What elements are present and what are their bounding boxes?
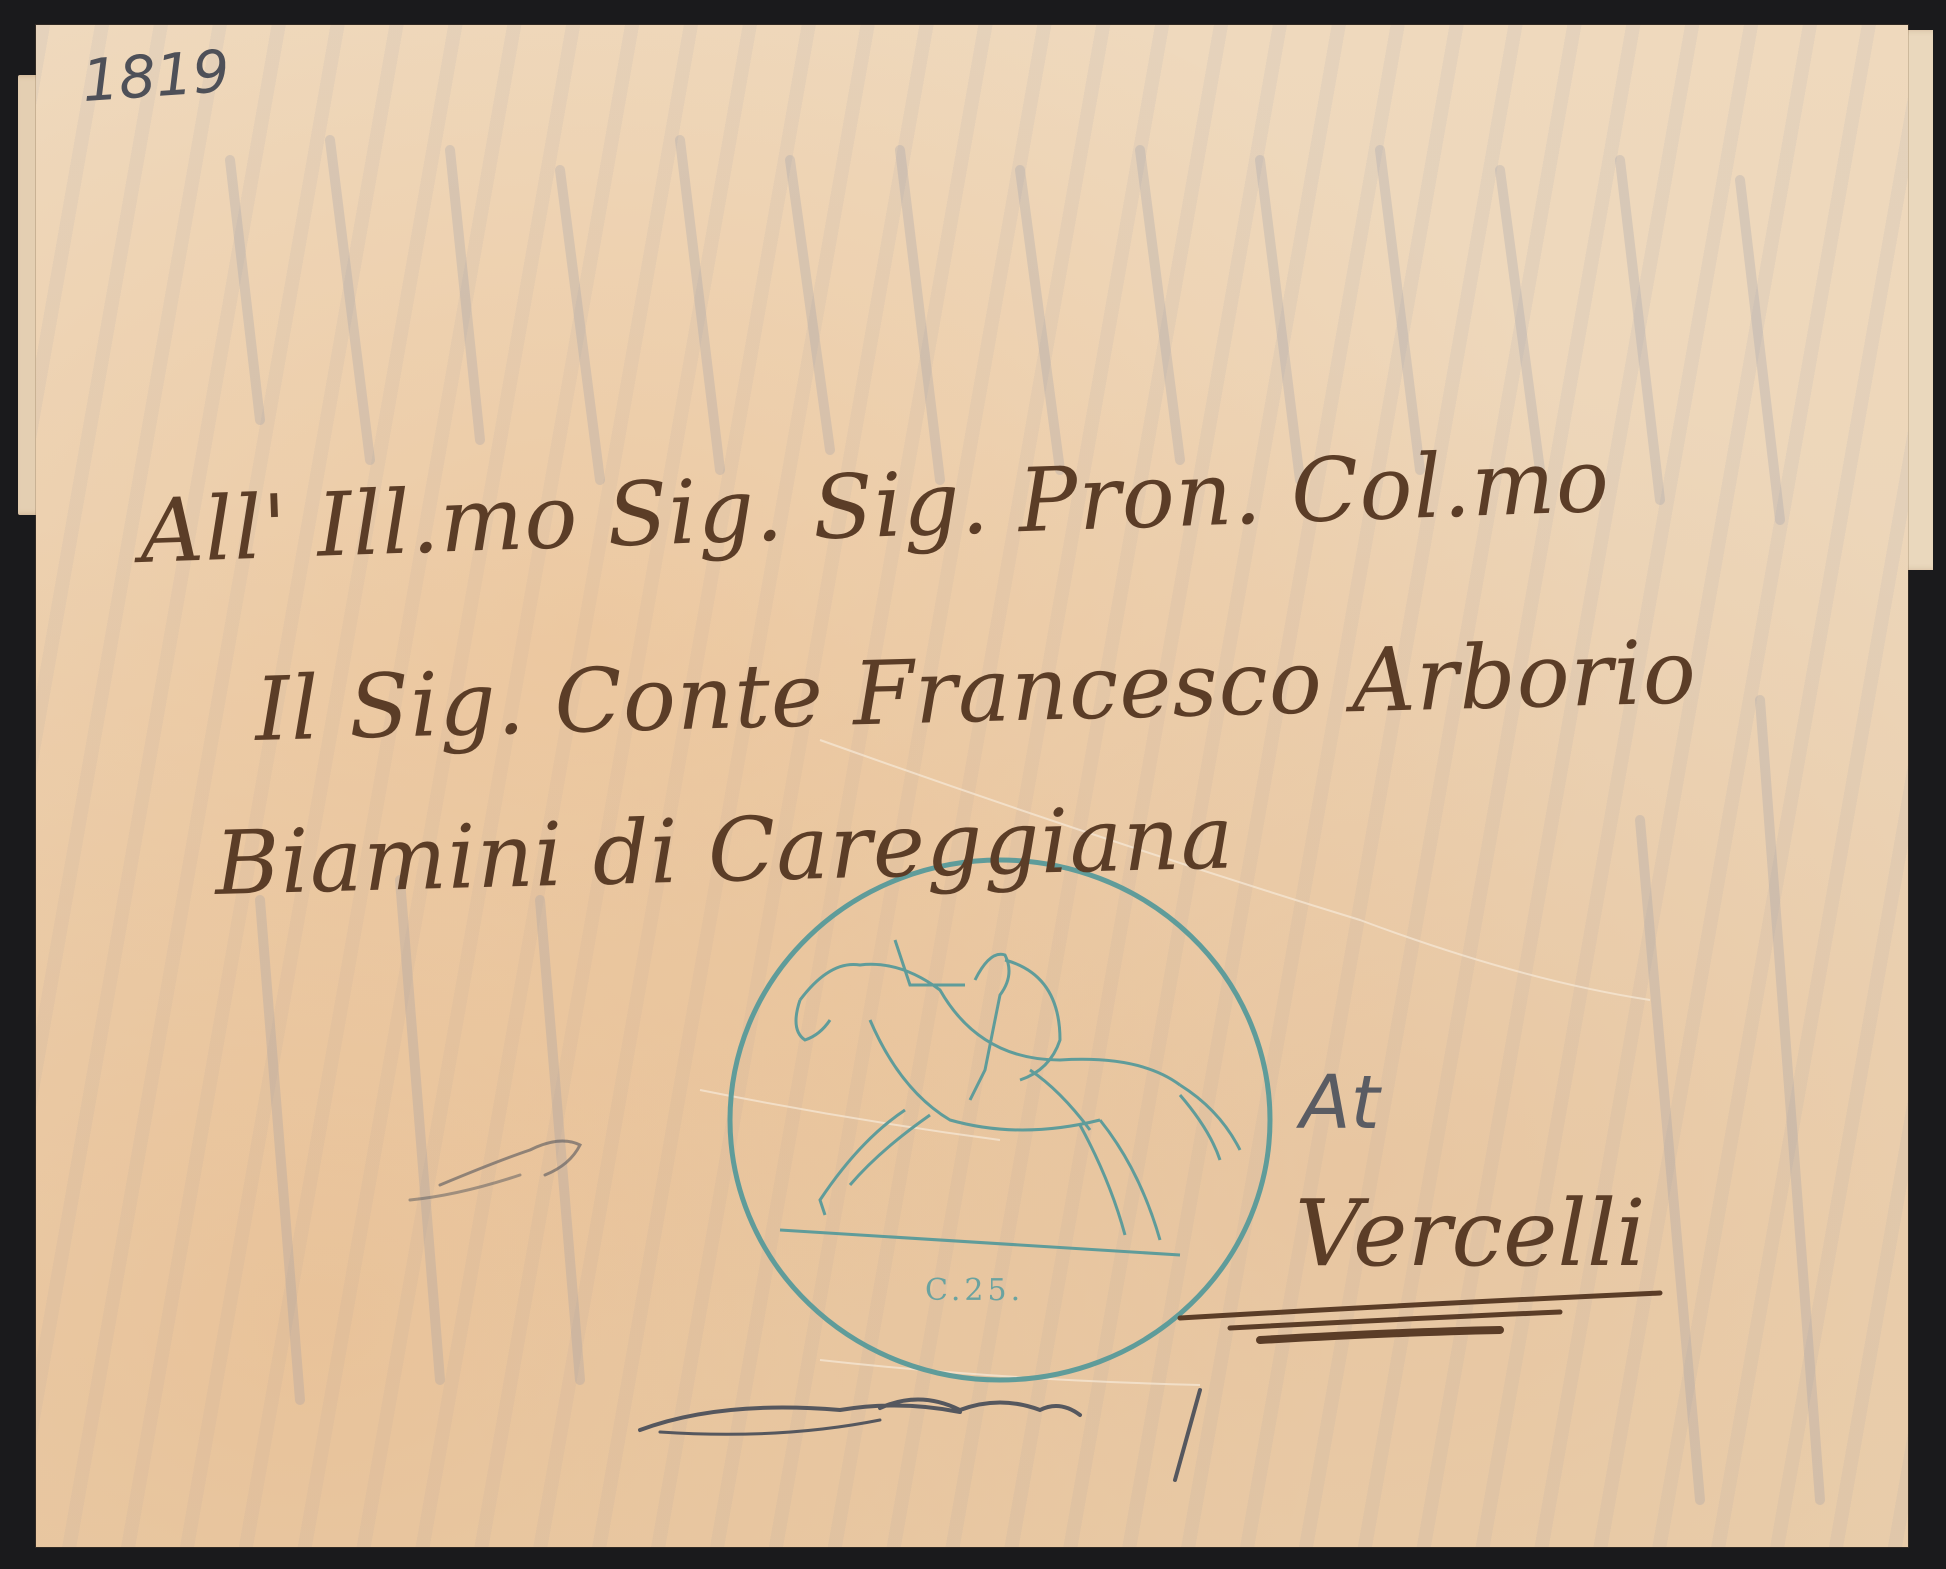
year-pencil-note: 1819 (80, 37, 232, 115)
pencil-marks (410, 1141, 1200, 1480)
destination-underline (1180, 1293, 1660, 1340)
ink-marks (0, 0, 1946, 1569)
destination-city: Vercelli (1295, 1180, 1646, 1287)
seal-value-label: C.25. (925, 1273, 1024, 1308)
horse-rider-icon (796, 940, 1240, 1240)
pencil-rate-mark: At (1300, 1060, 1380, 1146)
